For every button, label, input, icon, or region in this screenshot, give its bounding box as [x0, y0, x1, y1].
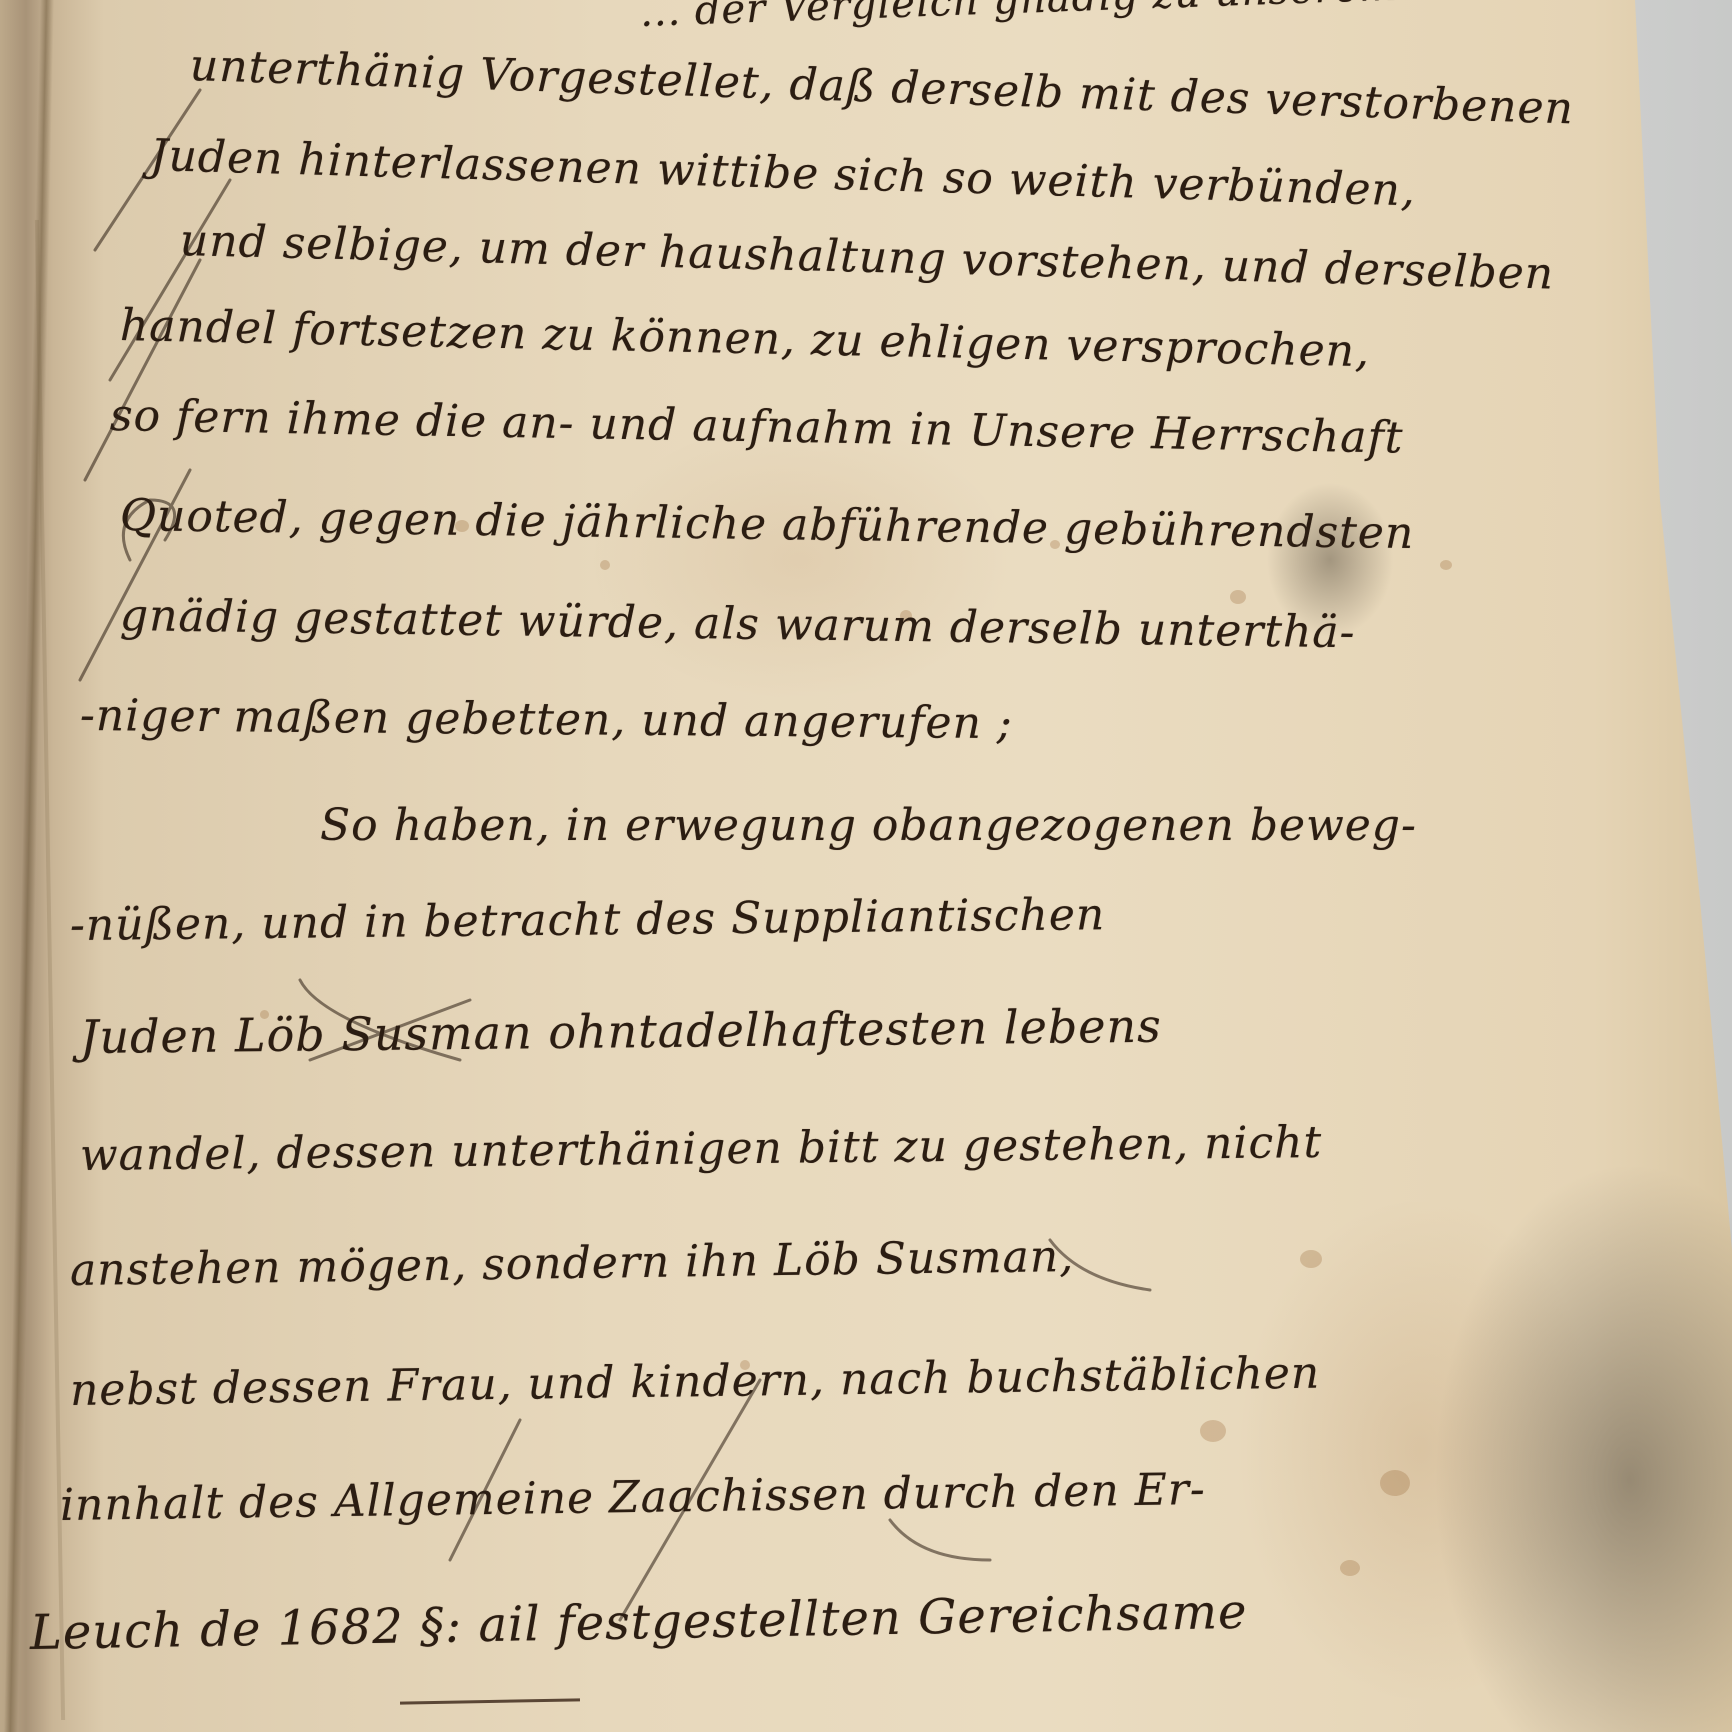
ink-flourishes: [0, 0, 1732, 1732]
